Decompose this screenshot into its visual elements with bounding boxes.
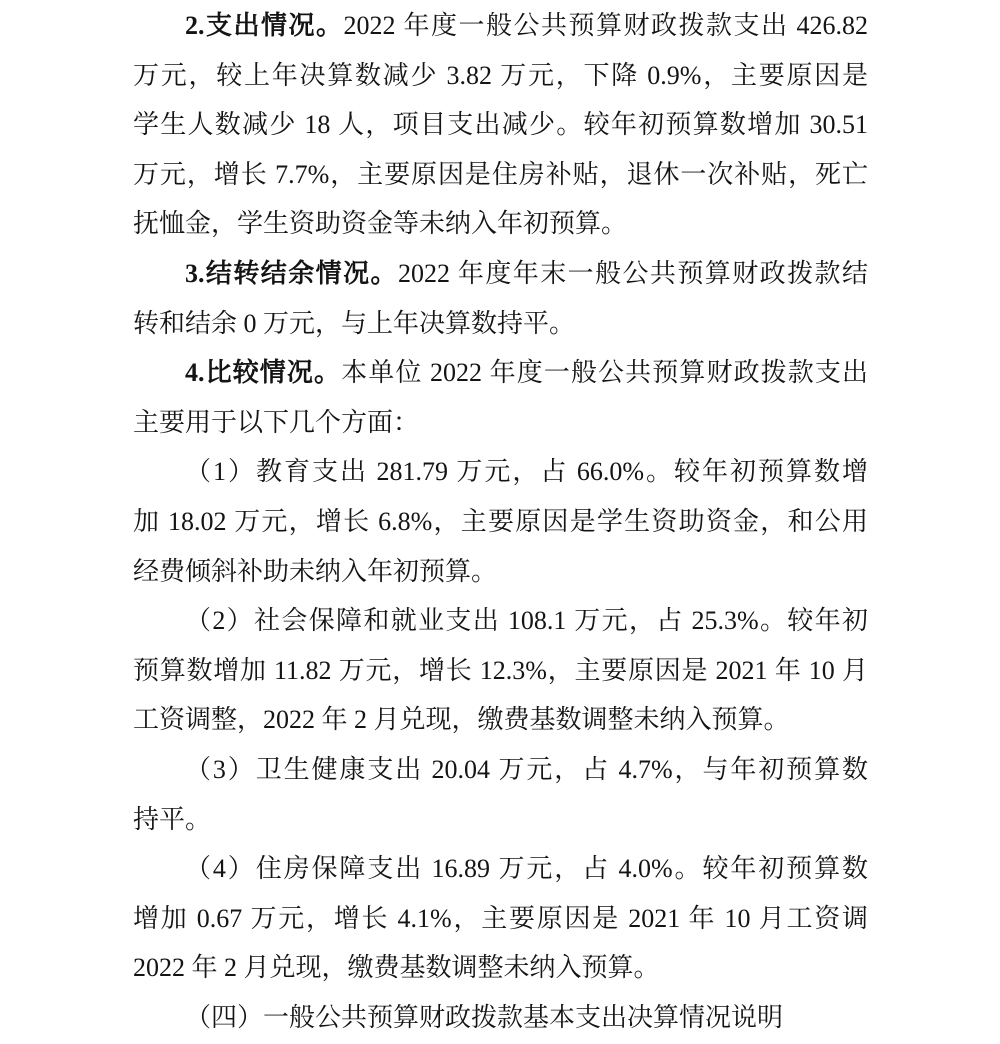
text-run: 增加 0.67 万元，增长 4.1%，主要原因是 2021 年 10 月工资调整… — [133, 904, 868, 944]
text-run: 经费倾斜补助未纳入年初预算。 — [133, 557, 497, 586]
document-body: 2.支出情况。2022 年度一般公共预算财政拨款支出 426.82万元，较上年决… — [133, 1, 868, 1042]
text-run: （四）一般公共预算财政拨款基本支出决算情况说明 — [185, 1003, 783, 1032]
text-run: 2022 年度一般公共预算财政拨款支出 426.82 — [344, 11, 868, 40]
text-line: （4）住房保障支出 16.89 万元，占 4.0%。较年初预算数 — [133, 844, 868, 894]
text-run: 转和结余 0 万元，与上年决算数持平。 — [133, 309, 575, 338]
text-line: 经费倾斜补助未纳入年初预算。 — [133, 547, 868, 597]
text-line: （四）一般公共预算财政拨款基本支出决算情况说明 — [133, 993, 868, 1043]
text-run: 2022 年 2 月兑现，缴费基数调整未纳入预算。 — [133, 953, 660, 982]
text-run: 本单位 2022 年度一般公共预算财政拨款支出 — [341, 358, 868, 387]
text-line: 主要用于以下几个方面： — [133, 398, 868, 448]
text-run: （3）卫生健康支出 20.04 万元，占 4.7%，与年初预算数 — [185, 755, 868, 784]
text-line: 学生人数减少 18 人，项目支出减少。较年初预算数增加 30.51 — [133, 100, 868, 150]
text-run: 工资调整，2022 年 2 月兑现，缴费基数调整未纳入预算。 — [133, 705, 790, 734]
heading-run: 2.支出情况。 — [185, 11, 344, 40]
text-run: 抚恤金，学生资助资金等未纳入年初预算。 — [133, 209, 627, 238]
text-run: 2022 年度年末一般公共预算财政拨款结 — [398, 259, 868, 288]
text-run: 预算数增加 11.82 万元，增长 12.3%，主要原因是 2021 年 10 … — [133, 656, 868, 685]
text-run: （2）社会保障和就业支出 108.1 万元，占 25.3%。较年初 — [185, 606, 868, 635]
text-line: （2）社会保障和就业支出 108.1 万元，占 25.3%。较年初 — [133, 596, 868, 646]
text-line: 2022 年 2 月兑现，缴费基数调整未纳入预算。 — [133, 943, 868, 993]
text-run: 学生人数减少 18 人，项目支出减少。较年初预算数增加 30.51 — [133, 110, 868, 139]
text-line: 持平。 — [133, 795, 868, 845]
heading-run: 4.比较情况。 — [185, 358, 341, 387]
text-line: 工资调整，2022 年 2 月兑现，缴费基数调整未纳入预算。 — [133, 695, 868, 745]
text-line: （3）卫生健康支出 20.04 万元，占 4.7%，与年初预算数 — [133, 745, 868, 795]
document-page: 2.支出情况。2022 年度一般公共预算财政拨款支出 426.82万元，较上年决… — [0, 0, 1000, 1044]
text-run: 加 18.02 万元，增长 6.8%，主要原因是学生资助资金，和公用 — [133, 507, 868, 536]
text-run: （4）住房保障支出 16.89 万元，占 4.0%。较年初预算数 — [185, 854, 868, 883]
text-line: 2.支出情况。2022 年度一般公共预算财政拨款支出 426.82 — [133, 1, 868, 51]
text-line: 预算数增加 11.82 万元，增长 12.3%，主要原因是 2021 年 10 … — [133, 646, 868, 696]
text-line: 加 18.02 万元，增长 6.8%，主要原因是学生资助资金，和公用 — [133, 497, 868, 547]
text-line: （1）教育支出 281.79 万元，占 66.0%。较年初预算数增 — [133, 447, 868, 497]
text-line: 万元，较上年决算数减少 3.82 万元，下降 0.9%，主要原因是 — [133, 51, 868, 101]
text-run: 主要用于以下几个方面： — [133, 408, 419, 437]
text-run: 万元，增长 7.7%，主要原因是住房补贴，退休一次补贴，死亡 — [133, 160, 868, 189]
text-run: 持平。 — [133, 805, 211, 834]
heading-run: 3.结转结余情况。 — [185, 259, 398, 288]
text-line: 增加 0.67 万元，增长 4.1%，主要原因是 2021 年 10 月工资调整… — [133, 894, 868, 944]
text-line: 3.结转结余情况。2022 年度年末一般公共预算财政拨款结 — [133, 249, 868, 299]
text-line: 抚恤金，学生资助资金等未纳入年初预算。 — [133, 199, 868, 249]
text-line: 4.比较情况。本单位 2022 年度一般公共预算财政拨款支出 — [133, 348, 868, 398]
text-line: 万元，增长 7.7%，主要原因是住房补贴，退休一次补贴，死亡 — [133, 150, 868, 200]
text-line: 转和结余 0 万元，与上年决算数持平。 — [133, 299, 868, 349]
text-run: 万元，较上年决算数减少 3.82 万元，下降 0.9%，主要原因是 — [133, 61, 868, 90]
text-run: （1）教育支出 281.79 万元，占 66.0%。较年初预算数增 — [185, 457, 868, 486]
